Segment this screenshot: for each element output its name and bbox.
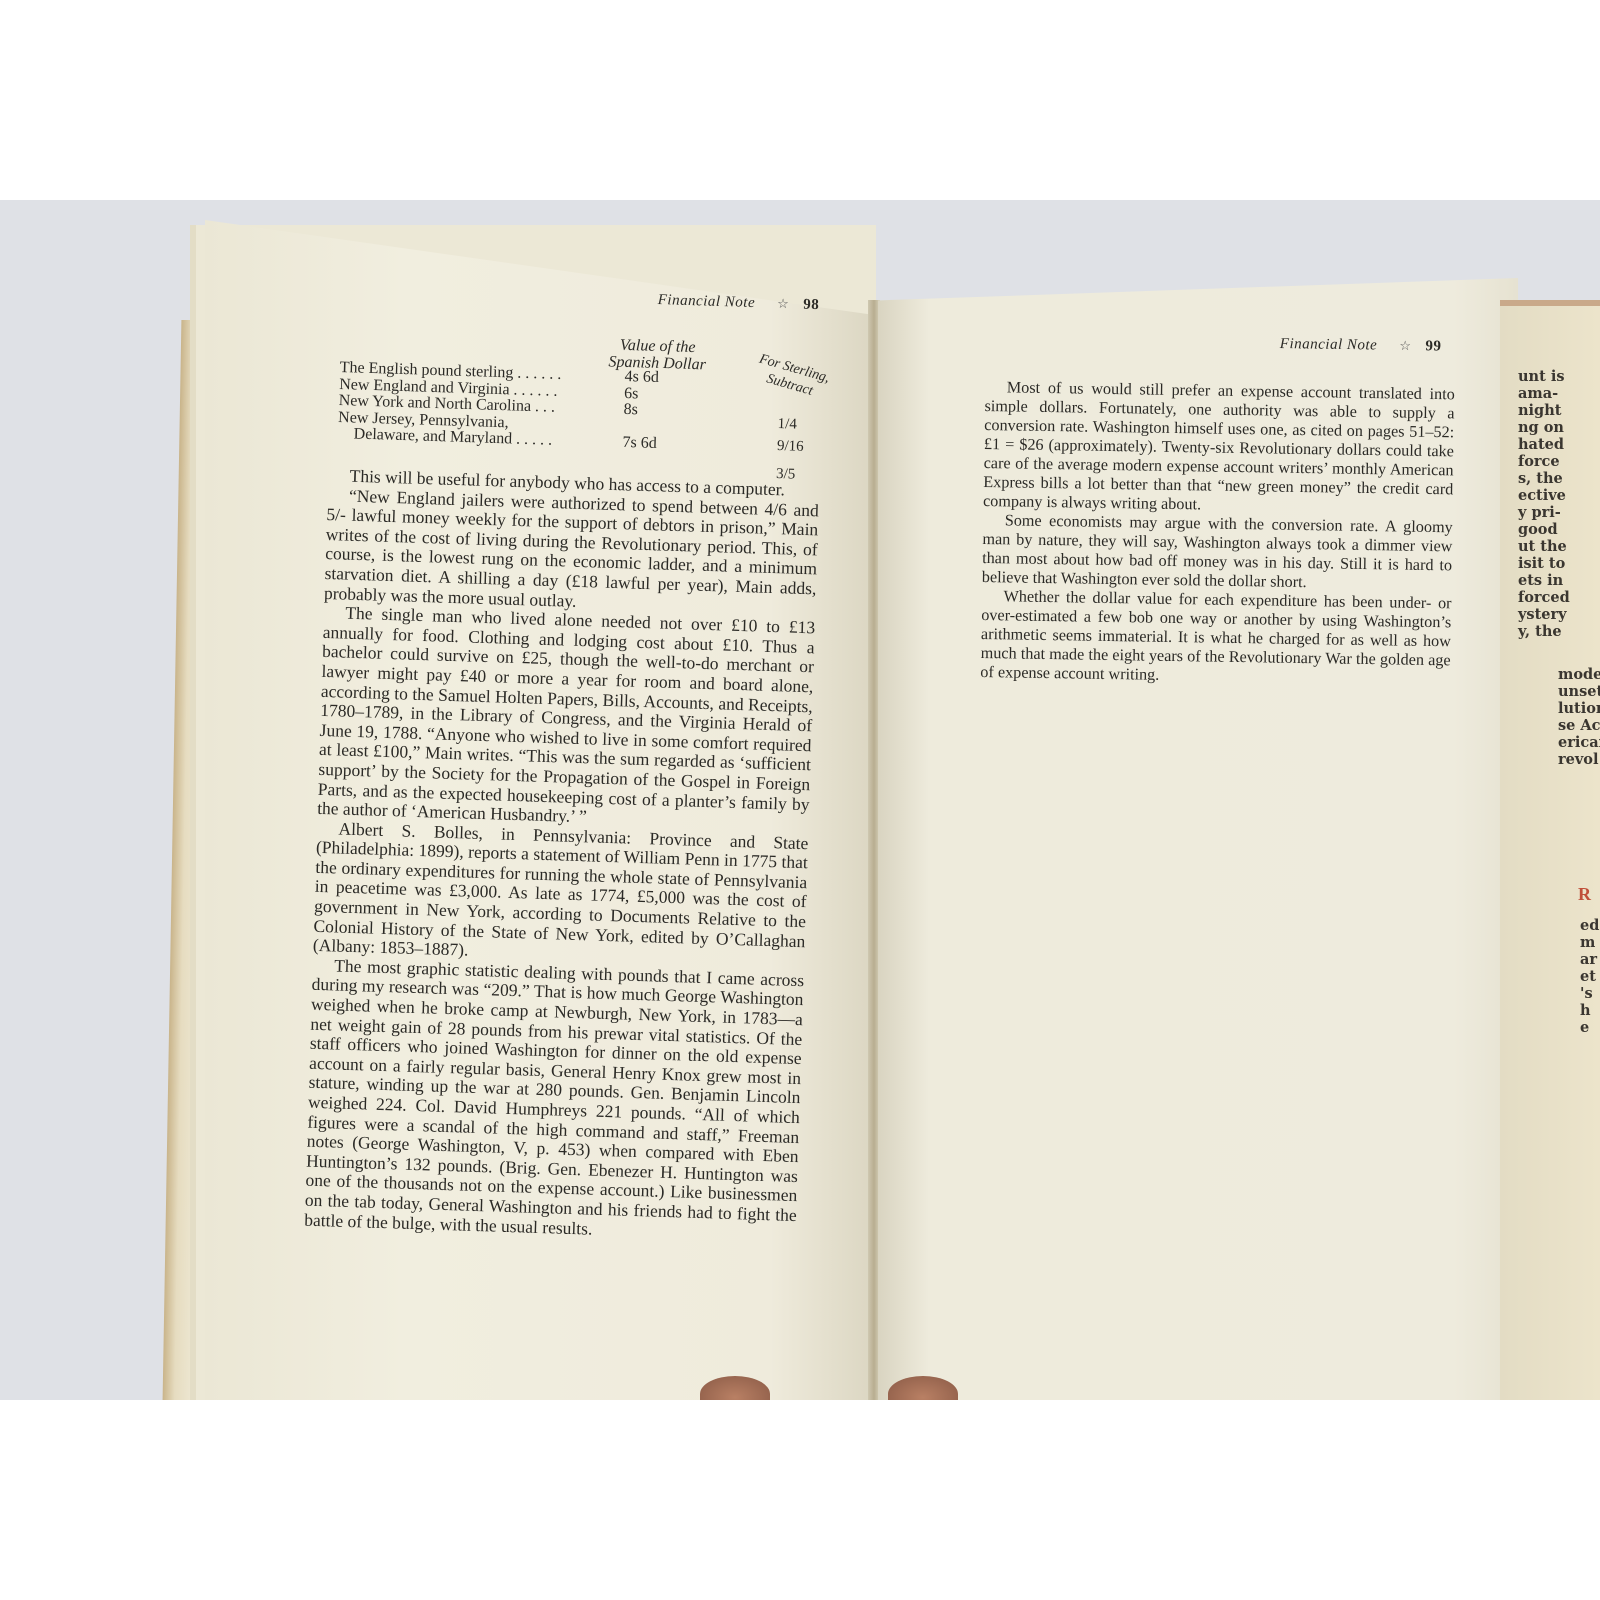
paragraph: Whether the dollar value for each expend… (980, 587, 1451, 689)
page-number: 98 (803, 297, 819, 313)
star-ornament-icon: ☆ (777, 296, 790, 311)
right-page-body: Most of us would still prefer an expense… (980, 378, 1455, 689)
next-page-fragments-mid: model unset- lution se Ac erican revol (1558, 666, 1600, 768)
left-page-body: This will be useful for anybody who has … (304, 466, 820, 1245)
paragraph: Most of us would still prefer an expense… (983, 378, 1455, 518)
right-running-head: Financial Note☆99 (1280, 336, 1442, 356)
next-page-fragments-bottom: ed m ar et 's h e (1580, 917, 1599, 1036)
paragraph: The single man who lived alone needed no… (317, 603, 816, 834)
bottom-margin (0, 1400, 1600, 1600)
paragraph: The most graphic statistic dealing with … (304, 956, 804, 1246)
paragraph: Albert S. Bolles, in Pennsylvania: Provi… (313, 819, 809, 972)
paragraph: Some economists may argue with the conve… (982, 511, 1453, 594)
paragraph: “New England jailers were authorized to … (324, 486, 819, 619)
next-page-fragments-top: unt is ama- night ng on hated force s, t… (1518, 368, 1570, 640)
star-ornament-icon: ☆ (1399, 338, 1411, 353)
page-number: 99 (1425, 338, 1441, 354)
running-head-title: Financial Note (1280, 336, 1378, 354)
running-head-title: Financial Note (657, 292, 755, 311)
subtract-values: 1/4 9/16 3/5 (776, 413, 805, 486)
next-page-red-initial: R (1578, 884, 1591, 905)
exchange-rate-table: The English pound sterling . . . . . .4s… (337, 360, 714, 454)
